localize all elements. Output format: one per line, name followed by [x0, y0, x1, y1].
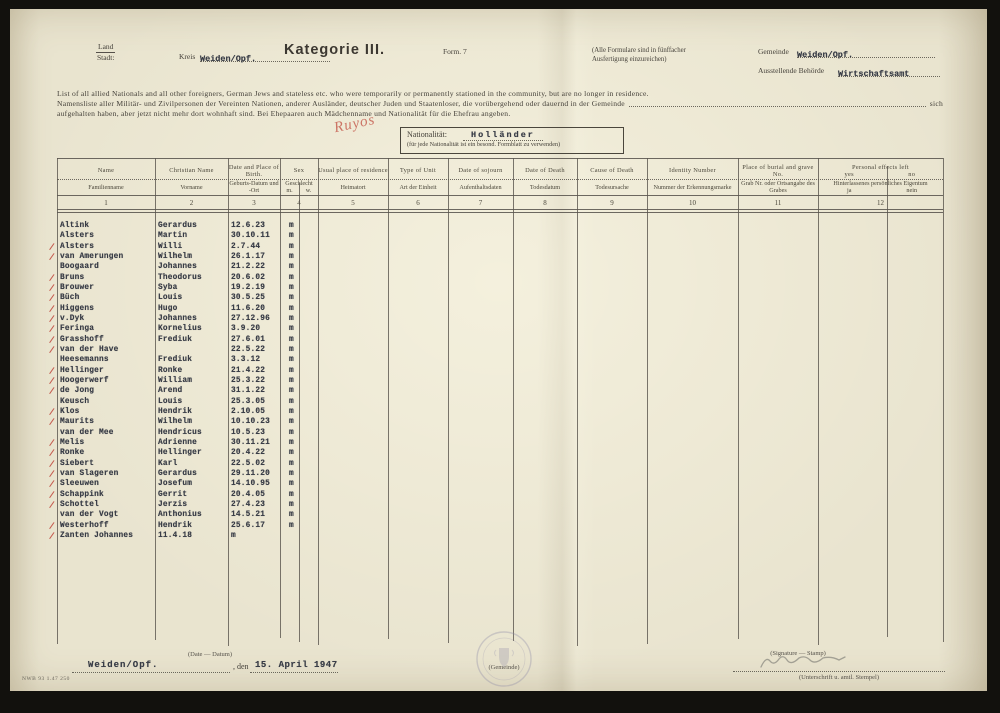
- column-number: 12: [818, 197, 943, 209]
- table-row: v.DykJohannes27.12.96m: [57, 314, 318, 324]
- nationality-box: Nationalität: Holländer (für jede Nation…: [400, 127, 624, 154]
- cell-geburtsdatum: 20.6.02: [228, 273, 280, 283]
- cell-vorname: Wilhelm: [155, 252, 228, 262]
- column-header-11: Place of burial and grave No.Grab Nr. od…: [738, 159, 818, 195]
- cell-geschlecht: m: [280, 345, 318, 355]
- table-row: HeesemannsFrediuk3.3.12m: [57, 355, 318, 365]
- cell-vorname: Gerardus: [155, 469, 228, 479]
- column-header-de: Hinterlassenes persönliches Eigentumjane…: [818, 181, 943, 195]
- table-row: FeringaKornelius3.9.20m: [57, 324, 318, 334]
- cell-geschlecht: m: [280, 397, 318, 407]
- table-row: BüchLouis30.5.25m: [57, 293, 318, 303]
- cell-geburtsdatum: 30.11.21: [228, 438, 280, 448]
- cell-familienname: Feringa: [57, 324, 155, 334]
- sub-header: yes: [818, 171, 881, 178]
- cell-familienname: Klos: [57, 407, 155, 417]
- cell-geschlecht: m: [280, 479, 318, 489]
- cell-geburtsdatum: 22.5.02: [228, 459, 280, 469]
- cell-vorname: Johannes: [155, 262, 228, 272]
- table-row: HiggensHugo11.6.20m: [57, 304, 318, 314]
- cell-vorname: Frediuk: [155, 335, 228, 345]
- table-row: AlstersWilli2.7.44m: [57, 242, 318, 252]
- gemeinde-value: Weiden/Opf.: [797, 50, 853, 60]
- cell-geschlecht: m: [280, 304, 318, 314]
- intro-line-de2: aufgehalten haben, aber jetzt nicht mehr…: [57, 109, 943, 118]
- table-row: van der MeeHendricus10.5.23m: [57, 428, 318, 438]
- table-row: SleeuwenJosefum14.10.95m: [57, 479, 318, 489]
- cell-geschlecht: m: [280, 448, 318, 458]
- cell-geschlecht: m: [280, 355, 318, 365]
- column-header-en: Usual place of residence: [318, 159, 388, 181]
- column-header-9: Cause of DeathTodesursache: [577, 159, 647, 195]
- cell-geburtsdatum: 20.4.05: [228, 490, 280, 500]
- table-header: NameFamiliennameChristian NameVornameDat…: [57, 159, 943, 195]
- cell-geburtsdatum: 27.12.96: [228, 314, 280, 324]
- column-header-6: Type of UnitArt der Einheit: [388, 159, 448, 195]
- stadt-label: Stadt:: [97, 53, 115, 62]
- cell-vorname: Wilhelm: [155, 417, 228, 427]
- table-row: GrasshoffFrediuk27.6.01m: [57, 335, 318, 345]
- cell-familienname: Siebert: [57, 459, 155, 469]
- cell-geburtsdatum: 21.2.22: [228, 262, 280, 272]
- column-rule: [943, 158, 944, 642]
- column-header-5: Usual place of residenceHeimatort: [318, 159, 388, 195]
- table-row: BoogaardJohannes21.2.22m: [57, 262, 318, 272]
- cell-familienname: van der Vogt: [57, 510, 155, 520]
- kreis-label: Kreis: [179, 52, 195, 61]
- page-title: Kategorie III.: [284, 42, 385, 58]
- cell-geburtsdatum: 14.5.21: [228, 510, 280, 520]
- cell-vorname: Adrienne: [155, 438, 228, 448]
- table-row: van SlagerenGerardus29.11.20m: [57, 469, 318, 479]
- table-row: WesterhoffHendrik25.6.17m: [57, 521, 318, 531]
- table-row: MelisAdrienne30.11.21m: [57, 438, 318, 448]
- cell-vorname: Hendrik: [155, 407, 228, 417]
- cell-geburtsdatum: 3.9.20: [228, 324, 280, 334]
- column-header-en: Sex: [280, 159, 318, 181]
- cell-familienname: Grasshoff: [57, 335, 155, 345]
- signature-line: [733, 671, 945, 672]
- cell-geburtsdatum: 25.6.17: [228, 521, 280, 531]
- column-header-de: Grab Nr. oder Ortsangabe des Grabes: [738, 181, 818, 195]
- sub-header: m.: [280, 188, 299, 195]
- cell-geburtsdatum: 27.4.23: [228, 500, 280, 510]
- cell-familienname: Alsters: [57, 242, 155, 252]
- table-row: de JongArend31.1.22m: [57, 386, 318, 396]
- handwritten-signature: [757, 652, 849, 672]
- cell-geschlecht: m: [280, 314, 318, 324]
- table-row: SchappinkGerrit20.4.05m: [57, 490, 318, 500]
- cell-geburtsdatum: 22.5.22: [228, 345, 280, 355]
- cell-vorname: Ronke: [155, 366, 228, 376]
- cell-vorname: Louis: [155, 397, 228, 407]
- gemeinde-label: Gemeinde: [758, 47, 789, 56]
- cell-geburtsdatum: 19.2.19: [228, 283, 280, 293]
- cell-familienname: Hellinger: [57, 366, 155, 376]
- column-header-en: Personal effects leftyesno: [818, 159, 943, 181]
- cell-geschlecht: m: [280, 469, 318, 479]
- table-row: AltinkGerardus12.6.23m: [57, 221, 318, 231]
- cell-geburtsdatum: 20.4.22: [228, 448, 280, 458]
- date-caption: (Date — Datum): [150, 651, 270, 658]
- column-number: 10: [647, 197, 738, 209]
- cell-geburtsdatum: 31.1.22: [228, 386, 280, 396]
- cell-familienname: van Amerungen: [57, 252, 155, 262]
- table-body: AltinkGerardus12.6.23mAlstersMartin30.10…: [57, 221, 943, 556]
- table-row: KlosHendrik2.10.05m: [57, 407, 318, 417]
- column-header-en: Place of burial and grave No.: [738, 159, 818, 181]
- table-row: HoogerwerfWilliam25.3.22m: [57, 376, 318, 386]
- cell-familienname: Alsters: [57, 231, 155, 241]
- column-number: 7: [448, 197, 513, 209]
- cell-familienname: Westerhoff: [57, 521, 155, 531]
- cell-geburtsdatum: 30.5.25: [228, 293, 280, 303]
- cell-familienname: Ronke: [57, 448, 155, 458]
- form-number: Form. 7: [443, 47, 467, 56]
- column-number: 6: [388, 197, 448, 209]
- cell-geburtsdatum: 12.6.23: [228, 221, 280, 231]
- column-header-7: Date of sojournAufenthaltsdaten: [448, 159, 513, 195]
- intro-line-en: List of all allied Nationals and all oth…: [57, 89, 943, 98]
- table-row: MauritsWilhelm10.10.23m: [57, 417, 318, 427]
- table-row: SchottelJerzis27.4.23m: [57, 500, 318, 510]
- cell-vorname: Theodorus: [155, 273, 228, 283]
- gemeinde-field: Weiden/Opf.: [797, 44, 935, 58]
- table-double-rule-a: [57, 209, 943, 210]
- copies-note-line1: (Alle Formulare sind in fünffacher: [592, 46, 686, 55]
- cell-geschlecht: m: [280, 490, 318, 500]
- cell-vorname: Gerardus: [155, 221, 228, 231]
- cell-vorname: Hendricus: [155, 428, 228, 438]
- table-row: SiebertKarl22.5.02m: [57, 459, 318, 469]
- column-header-1: NameFamilienname: [57, 159, 155, 195]
- cell-geburtsdatum: 10.5.23: [228, 428, 280, 438]
- land-label: Land: [96, 42, 115, 53]
- cell-familienname: Boogaard: [57, 262, 155, 272]
- column-header-en: Cause of Death: [577, 159, 647, 181]
- cell-familienname: van der Mee: [57, 428, 155, 438]
- land-stadt-block: Land Stadt:: [96, 42, 115, 62]
- column-header-de: Familienname: [57, 181, 155, 195]
- column-header-de: Nummer der Erkennungsmarke: [647, 181, 738, 195]
- official-round-stamp-icon: [466, 626, 542, 690]
- table-row: BrouwerSyba19.2.19m: [57, 283, 318, 293]
- cell-geburtsdatum: 11.6.20: [228, 304, 280, 314]
- cell-familienname: Maurits: [57, 417, 155, 427]
- cell-familienname: Schappink: [57, 490, 155, 500]
- table-row: van der VogtAnthonius14.5.21m: [57, 510, 318, 520]
- cell-geschlecht: m: [280, 283, 318, 293]
- intro-line-de1: Namensliste aller Militär- und Zivilpers…: [57, 99, 943, 108]
- cell-vorname: Gerrit: [155, 490, 228, 500]
- place-field-line: [72, 658, 230, 673]
- column-header-3: Date and Place of Birth.Geburts-Datum un…: [228, 159, 280, 195]
- column-number: 11: [738, 197, 818, 209]
- column-header-de: Vorname: [155, 181, 228, 195]
- column-header-en: Christian Name: [155, 159, 228, 181]
- cell-vorname: Karl: [155, 459, 228, 469]
- intro-line-de1-tail: sich: [930, 99, 943, 108]
- cell-geburtsdatum: 10.10.23: [228, 417, 280, 427]
- cell-familienname: Keusch: [57, 397, 155, 407]
- cell-geburtsdatum: 27.6.01: [228, 335, 280, 345]
- cell-vorname: Johannes: [155, 314, 228, 324]
- cell-geschlecht: m: [280, 510, 318, 520]
- column-header-2: Christian NameVorname: [155, 159, 228, 195]
- table-double-rule-b: [57, 212, 943, 213]
- cell-geburtsdatum: 26.1.17: [228, 252, 280, 262]
- column-number: 5: [318, 197, 388, 209]
- behoerde-value: Wirtschaftsamt: [838, 69, 909, 79]
- date-field-line: [250, 658, 338, 673]
- cell-vorname: Jerzis: [155, 500, 228, 510]
- nationality-value: Holländer: [463, 130, 543, 141]
- cell-geschlecht: m: [280, 221, 318, 231]
- cell-geschlecht: m: [280, 324, 318, 334]
- column-header-en: Date of sojourn: [448, 159, 513, 181]
- cell-geschlecht: m: [280, 366, 318, 376]
- cell-familienname: Hoogerwerf: [57, 376, 155, 386]
- intro-line-de1-text: Namensliste aller Militär- und Zivilpers…: [57, 99, 625, 108]
- cell-vorname: 11.4.18: [155, 531, 228, 541]
- cell-geburtsdatum: 25.3.22: [228, 376, 280, 386]
- cell-geschlecht: m: [280, 376, 318, 386]
- behoerde-label: Ausstellende Behörde: [758, 66, 824, 75]
- column-header-de: Todesursache: [577, 181, 647, 195]
- kreis-value: Weiden/Opf.: [200, 54, 256, 64]
- cell-vorname: Louis: [155, 293, 228, 303]
- behoerde-field: Wirtschaftsamt: [838, 63, 940, 77]
- sub-header: no: [881, 171, 944, 178]
- column-number: 9: [577, 197, 647, 209]
- column-header-de: Art der Einheit: [388, 181, 448, 195]
- den-label: , den: [233, 662, 249, 671]
- table-row: AlstersMartin30.10.11m: [57, 231, 318, 241]
- cell-geschlecht: m: [280, 459, 318, 469]
- column-header-en: Identity Number: [647, 159, 738, 181]
- column-header-de: Aufenthaltsdaten: [448, 181, 513, 195]
- cell-geburtsdatum: 30.10.11: [228, 231, 280, 241]
- cell-geschlecht: m: [280, 242, 318, 252]
- column-header-10: Identity NumberNummer der Erkennungsmark…: [647, 159, 738, 195]
- cell-geschlecht: m: [280, 500, 318, 510]
- column-header-de: Geburts-Datum und -Ort: [228, 181, 280, 195]
- column-header-en: Date and Place of Birth.: [228, 159, 280, 181]
- cell-familienname: Schottel: [57, 500, 155, 510]
- column-header-en: Name: [57, 159, 155, 181]
- cell-vorname: Anthonius: [155, 510, 228, 520]
- cell-geschlecht: m: [280, 273, 318, 283]
- cell-vorname: William: [155, 376, 228, 386]
- signature-sub-caption: (Unterschrift u. amtl. Stempel): [733, 674, 945, 681]
- cell-familienname: v.Dyk: [57, 314, 155, 324]
- cell-geschlecht: m: [280, 231, 318, 241]
- cell-vorname: Arend: [155, 386, 228, 396]
- cell-familienname: Higgens: [57, 304, 155, 314]
- cell-geburtsdatum: 14.10.95: [228, 479, 280, 489]
- nationality-label: Nationalität:: [407, 130, 447, 139]
- cell-familienname: van der Have: [57, 345, 155, 355]
- column-header-de: Heimatort: [318, 181, 388, 195]
- cell-vorname: Kornelius: [155, 324, 228, 334]
- print-code: NWB 93 1.47 250: [22, 676, 70, 682]
- copies-note-line2: Ausfertigung einzureichen): [592, 55, 686, 64]
- table-row: KeuschLouis25.3.05m: [57, 397, 318, 407]
- cell-geburtsdatum: 3.3.12: [228, 355, 280, 365]
- column-header-en: Type of Unit: [388, 159, 448, 181]
- cell-familienname: de Jong: [57, 386, 155, 396]
- cell-vorname: Willi: [155, 242, 228, 252]
- cell-familienname: van Slageren: [57, 469, 155, 479]
- cell-geburtsdatum: m: [228, 531, 280, 541]
- cell-vorname: Martin: [155, 231, 228, 241]
- column-number: 8: [513, 197, 577, 209]
- cell-vorname: Josefum: [155, 479, 228, 489]
- sub-header: ja: [818, 188, 881, 195]
- sub-header: w.: [299, 188, 318, 195]
- cell-geburtsdatum: 25.3.05: [228, 397, 280, 407]
- cell-vorname: Frediuk: [155, 355, 228, 365]
- cell-geschlecht: m: [280, 417, 318, 427]
- nationality-note: (für jede Nationalität ist ein besond. F…: [407, 141, 619, 148]
- column-header-8: Date of DeathTodesdatum: [513, 159, 577, 195]
- dotted-leader: [629, 106, 926, 107]
- cell-geschlecht: m: [280, 252, 318, 262]
- cell-geschlecht: m: [280, 521, 318, 531]
- cell-geschlecht: m: [280, 293, 318, 303]
- cell-vorname: Hellinger: [155, 448, 228, 458]
- column-header-en: Date of Death: [513, 159, 577, 181]
- cell-geburtsdatum: 29.11.20: [228, 469, 280, 479]
- cell-familienname: Altink: [57, 221, 155, 231]
- cell-geschlecht: m: [280, 335, 318, 345]
- cell-geburtsdatum: 21.4.22: [228, 366, 280, 376]
- table-row: van AmerungenWilhelm26.1.17m: [57, 252, 318, 262]
- cell-familienname: Melis: [57, 438, 155, 448]
- scanned-form-page: Land Stadt: Kreis Weiden/Opf. Kategorie …: [0, 0, 1000, 713]
- cell-geschlecht: m: [280, 262, 318, 272]
- cell-geschlecht: m: [280, 407, 318, 417]
- cell-vorname: Syba: [155, 283, 228, 293]
- cell-familienname: Zanten Johannes: [57, 531, 155, 541]
- column-header-12: Personal effects leftyesnoHinterlassenes…: [818, 159, 943, 195]
- cell-geburtsdatum: 2.7.44: [228, 242, 280, 252]
- cell-familienname: Bruns: [57, 273, 155, 283]
- cell-familienname: Büch: [57, 293, 155, 303]
- cell-geschlecht: m: [280, 438, 318, 448]
- column-number: 2: [155, 197, 228, 209]
- cell-familienname: Heesemanns: [57, 355, 155, 365]
- table-row: BrunsTheodorus20.6.02m: [57, 273, 318, 283]
- table-row: RonkeHellinger20.4.22m: [57, 448, 318, 458]
- cell-vorname: Hugo: [155, 304, 228, 314]
- cell-familienname: Sleeuwen: [57, 479, 155, 489]
- sub-header: nein: [881, 188, 944, 195]
- cell-familienname: Brouwer: [57, 283, 155, 293]
- copies-note: (Alle Formulare sind in fünffacher Ausfe…: [592, 46, 686, 64]
- column-header-de: Todesdatum: [513, 181, 577, 195]
- table-row: van der Have22.5.22m: [57, 345, 318, 355]
- cell-vorname: Hendrik: [155, 521, 228, 531]
- table-column-numbers: 123456789101112: [57, 197, 943, 209]
- cell-geschlecht: m: [280, 428, 318, 438]
- cell-geschlecht: m: [280, 386, 318, 396]
- column-number: 1: [57, 197, 155, 209]
- table-row: HellingerRonke21.4.22m: [57, 366, 318, 376]
- table-row: Zanten Johannes11.4.18m: [57, 531, 318, 541]
- cell-geburtsdatum: 2.10.05: [228, 407, 280, 417]
- column-number: 3: [228, 197, 280, 209]
